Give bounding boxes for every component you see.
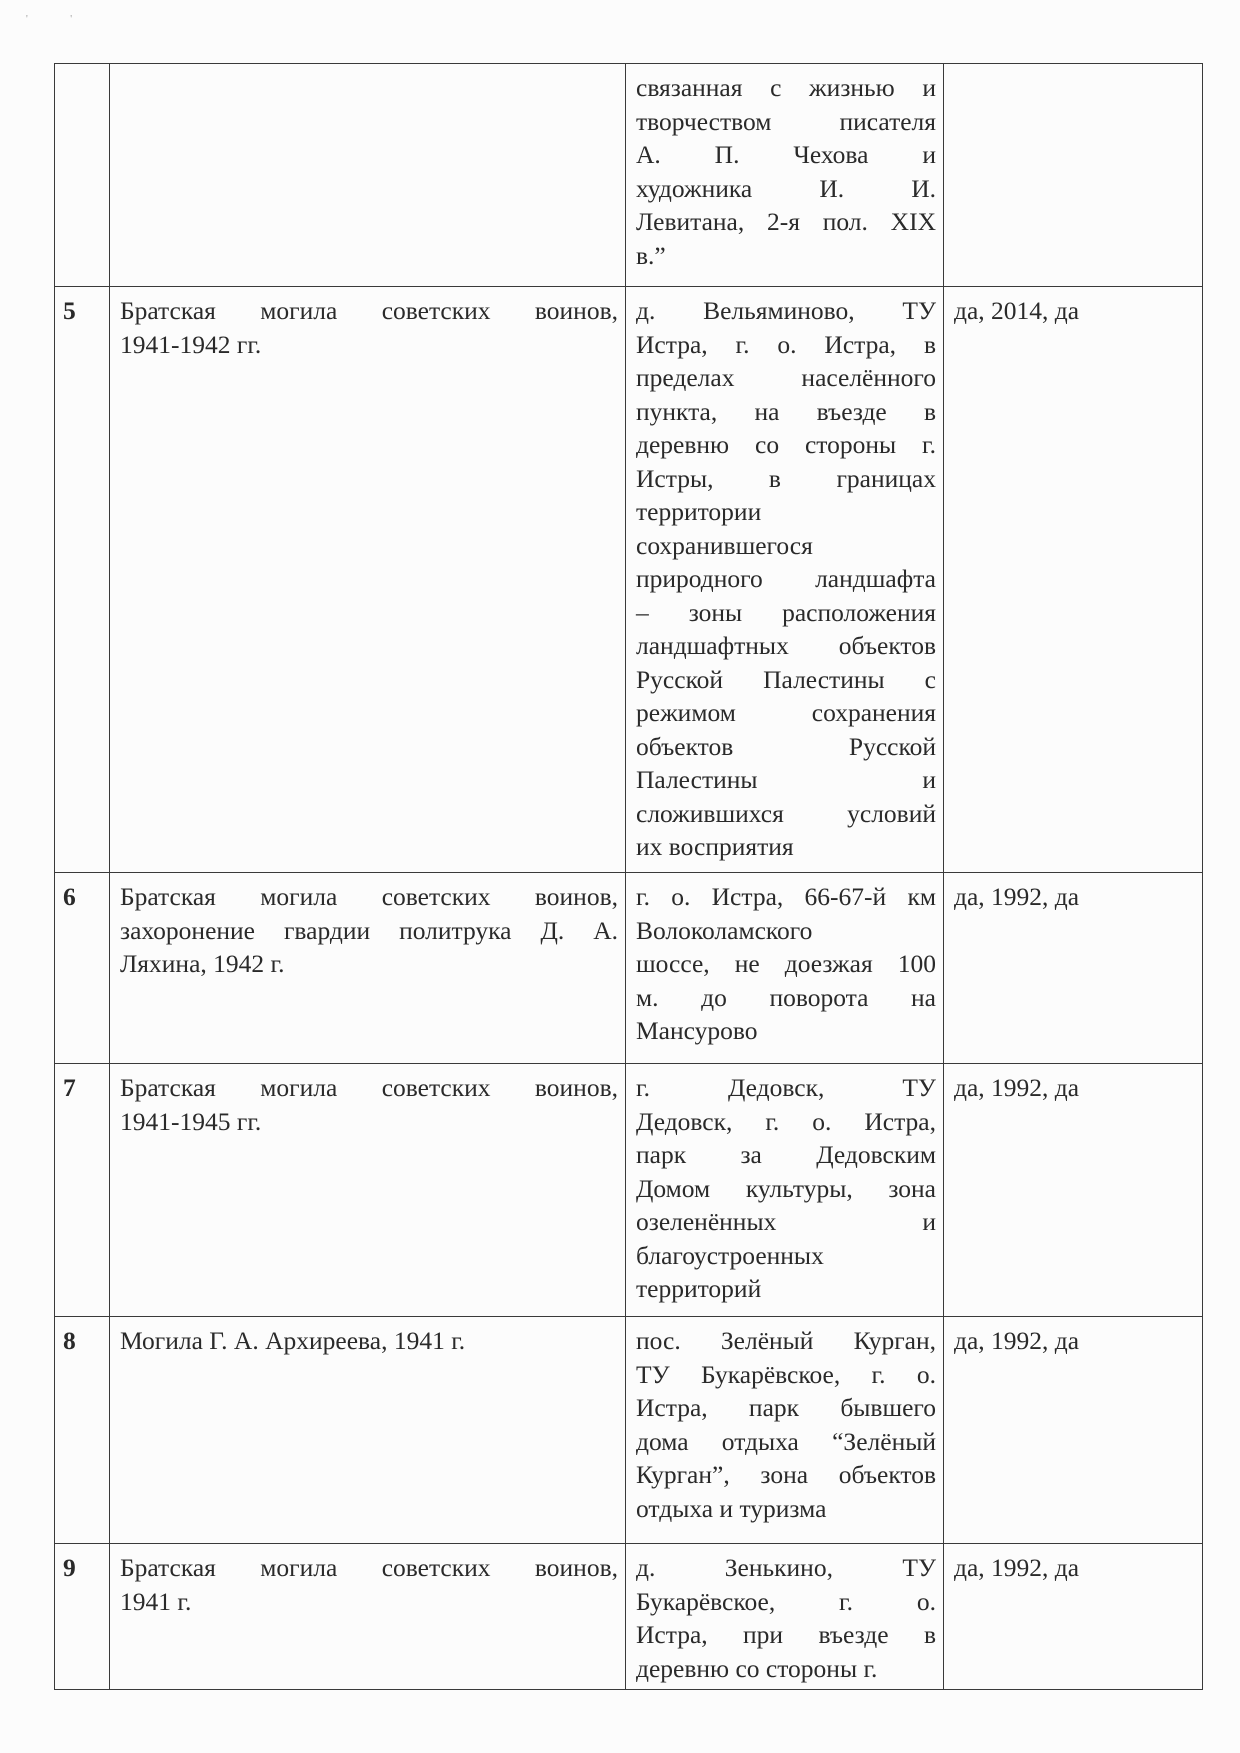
text-line: их восприятия: [636, 830, 936, 864]
row-number-cell: 5: [55, 287, 110, 873]
object-name-cell: Братская могила советских воинов,1941-19…: [110, 1064, 626, 1317]
location-cell: г. Дедовск, ТУДедовск, г. о. Истра,парк …: [626, 1064, 944, 1317]
text-line: г. о. Истра, 66-67-й км: [636, 880, 936, 914]
table-row: 6 Братская могила советских воинов,захор…: [55, 873, 1203, 1064]
text-line: пределах населённого: [636, 361, 936, 395]
text-line: 1941 г.: [120, 1585, 618, 1619]
text-line: Братская могила советских воинов,: [120, 1071, 618, 1105]
text-line: пос. Зелёный Курган,: [636, 1324, 936, 1358]
table-row: 8 Могила Г. А. Архиреева, 1941 г. пос. З…: [55, 1317, 1203, 1544]
status-cell: да, 1992, да: [944, 1544, 1203, 1690]
text-line: в.”: [636, 239, 936, 273]
text-line: – зоны расположения: [636, 596, 936, 630]
text-line: озеленённых и: [636, 1205, 936, 1239]
text-line: Истра, г. о. Истра, в: [636, 328, 936, 362]
status-cell: да, 1992, да: [944, 1064, 1203, 1317]
text-line: творчеством писателя: [636, 105, 936, 139]
row-number-cell: 6: [55, 873, 110, 1064]
object-name-cell: [110, 64, 626, 287]
text-line: Истра, парк бывшего: [636, 1391, 936, 1425]
text-line: деревню со стороны г.: [636, 428, 936, 462]
text-line: Истры, в границах: [636, 462, 936, 496]
text-line: Ляхина, 1942 г.: [120, 947, 618, 981]
status-cell: да, 1992, да: [944, 873, 1203, 1064]
text-line: м. до поворота на: [636, 981, 936, 1015]
text-line: Домом культуры, зона: [636, 1172, 936, 1206]
object-name-cell: Братская могила советских воинов,1941 г.: [110, 1544, 626, 1690]
text-line: сохранившегося: [636, 529, 936, 563]
text-line: Русской Палестины с: [636, 663, 936, 697]
text-line: г. Дедовск, ТУ: [636, 1071, 936, 1105]
row-number-cell: 7: [55, 1064, 110, 1317]
text-line: природного ландшафта: [636, 562, 936, 596]
text-line: Волоколамского: [636, 914, 936, 948]
text-line: сложившихся условий: [636, 797, 936, 831]
text-line: территории: [636, 495, 936, 529]
text-line: 1941-1945 гг.: [120, 1105, 618, 1139]
text-line: д. Вельяминово, ТУ: [636, 294, 936, 328]
text-line: Братская могила советских воинов,: [120, 880, 618, 914]
table-row-continued: связанная с жизнью итворчеством писателя…: [55, 64, 1203, 287]
text-line: ТУ Букарёвское, г. о.: [636, 1358, 936, 1392]
location-cell: пос. Зелёный Курган,ТУ Букарёвское, г. о…: [626, 1317, 944, 1544]
status-cell: да, 1992, да: [944, 1317, 1203, 1544]
text-line: Букарёвское, г. о.: [636, 1585, 936, 1619]
location-cell: г. о. Истра, 66-67-й кмВолоколамскогошос…: [626, 873, 944, 1064]
text-line: территорий: [636, 1272, 936, 1306]
text-line: Курган”, зона объектов: [636, 1458, 936, 1492]
row-number-cell: [55, 64, 110, 287]
text-line: Братская могила советских воинов,: [120, 294, 618, 328]
monuments-table: связанная с жизнью итворчеством писателя…: [54, 63, 1203, 1690]
text-line: ландшафтных объектов: [636, 629, 936, 663]
object-name-cell: Братская могила советских воинов,захорон…: [110, 873, 626, 1064]
text-line: захоронение гвардии политрука Д. А.: [120, 914, 618, 948]
text-line: Дедовск, г. о. Истра,: [636, 1105, 936, 1139]
text-line: деревню со стороны г.: [636, 1652, 936, 1686]
text-line: шоссе, не доезжая 100: [636, 947, 936, 981]
location-cell: д. Вельяминово, ТУИстра, г. о. Истра, вп…: [626, 287, 944, 873]
scan-specks: ' ': [26, 14, 92, 25]
text-line: А. П. Чехова и: [636, 138, 936, 172]
text-line: режимом сохранения: [636, 696, 936, 730]
text-line: благоустроенных: [636, 1239, 936, 1273]
text-line: связанная с жизнью и: [636, 71, 936, 105]
status-cell: да, 2014, да: [944, 287, 1203, 873]
text-line: д. Зенькино, ТУ: [636, 1551, 936, 1585]
text-line: дома отдыха “Зелёный: [636, 1425, 936, 1459]
text-line: Палестины и: [636, 763, 936, 797]
text-line: объектов Русской: [636, 730, 936, 764]
text-line: художника И. И.: [636, 172, 936, 206]
location-cell: связанная с жизнью итворчеством писателя…: [626, 64, 944, 287]
object-name-cell: Могила Г. А. Архиреева, 1941 г.: [110, 1317, 626, 1544]
status-cell: [944, 64, 1203, 287]
text-line: пункта, на въезде в: [636, 395, 936, 429]
row-number-cell: 8: [55, 1317, 110, 1544]
text-line: отдыха и туризма: [636, 1492, 936, 1526]
table-row: 9 Братская могила советских воинов,1941 …: [55, 1544, 1203, 1690]
text-line: Могила Г. А. Архиреева, 1941 г.: [120, 1324, 618, 1358]
table-row: 7 Братская могила советских воинов,1941-…: [55, 1064, 1203, 1317]
text-line: 1941-1942 гг.: [120, 328, 618, 362]
object-name-cell: Братская могила советских воинов,1941-19…: [110, 287, 626, 873]
text-line: Истра, при въезде в: [636, 1618, 936, 1652]
text-line: Мансурово: [636, 1014, 936, 1048]
text-line: Братская могила советских воинов,: [120, 1551, 618, 1585]
text-line: Левитана, 2-я пол. XIX: [636, 205, 936, 239]
row-number-cell: 9: [55, 1544, 110, 1690]
location-cell: д. Зенькино, ТУБукарёвское, г. о.Истра, …: [626, 1544, 944, 1690]
table-row: 5 Братская могила советских воинов,1941-…: [55, 287, 1203, 873]
text-line: парк за Дедовским: [636, 1138, 936, 1172]
